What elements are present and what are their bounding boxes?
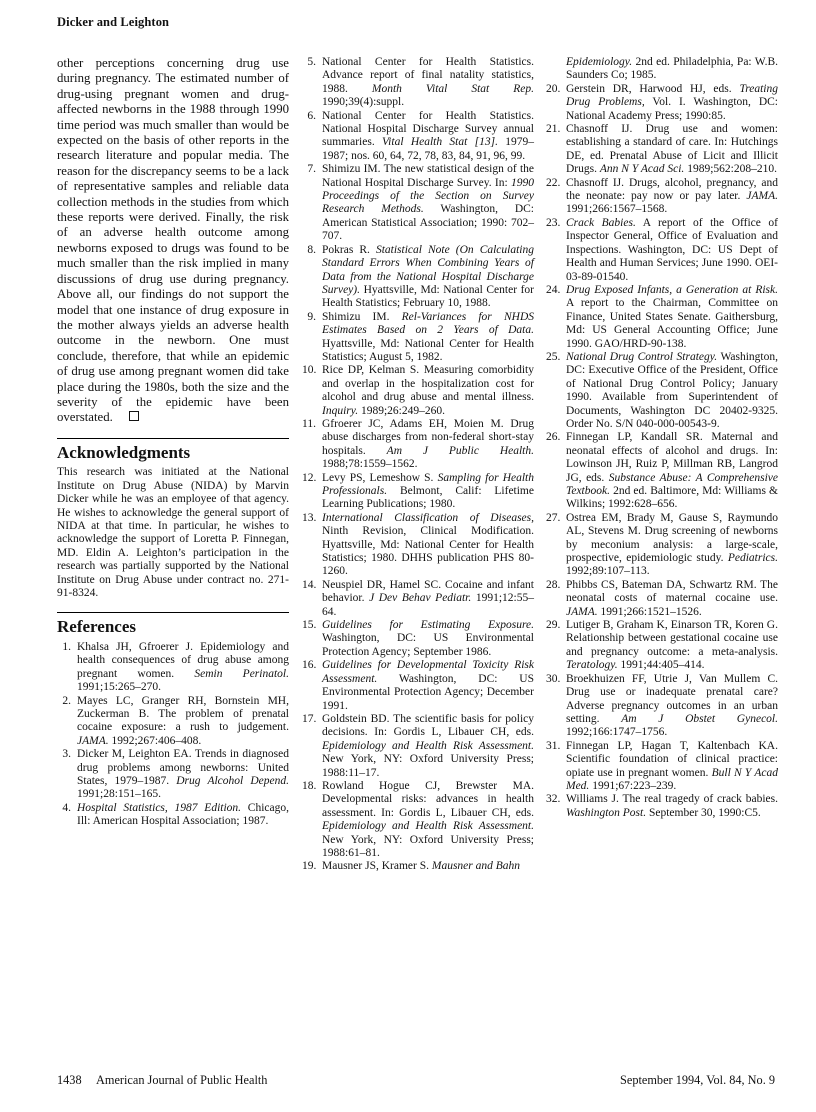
reference-text-segment: 1991;266:1521–1526.: [598, 606, 702, 618]
reference-title-italic: Drug Alcohol Depend.: [176, 775, 289, 787]
reference-number: 30.: [546, 673, 560, 686]
reference-text-segment: 1989;562:208–210.: [684, 163, 777, 175]
reference-title-italic: Inquiry.: [322, 405, 358, 417]
reference-number: 7.: [302, 163, 316, 176]
reference-item-26: 26.Finnegan LP, Kandall SR. Maternal and…: [546, 431, 778, 511]
reference-text-segment: 1991;67:223–239.: [589, 780, 676, 792]
reference-text: Shimizu IM. Rel-Variances for NHDS Estim…: [322, 311, 534, 363]
reference-number: 17.: [302, 713, 316, 726]
reference-title-italic: Drug Exposed Infants, a Generation at Ri…: [566, 284, 778, 296]
body-paragraph-text: other perceptions concerning drug use du…: [57, 56, 289, 424]
reference-item-4: 4.Hospital Statistics, 1987 Edition. Chi…: [57, 802, 289, 829]
reference-item-21: 21.Chasnoff IJ. Drug use and women: esta…: [546, 123, 778, 177]
reference-text: Guidelines for Estimating Exposure. Wash…: [322, 619, 534, 658]
reference-text: International Classification of Diseases…: [322, 512, 534, 578]
reference-text-segment: September 30, 1990:C5.: [646, 807, 761, 819]
reference-number: 9.: [302, 311, 316, 324]
reference-item-3: 3.Dicker M, Leighton EA. Trends in diagn…: [57, 748, 289, 802]
reference-text: Mayes LC, Granger RH, Bornstein MH, Zuck…: [77, 695, 289, 747]
reference-text-segment: Hyattsville, Md: National Center for Hea…: [322, 338, 534, 363]
reference-number: 10.: [302, 364, 316, 377]
reference-text-segment: Rowland Hogue CJ, Brewster MA. Developme…: [322, 780, 534, 819]
reference-number: 15.: [302, 619, 316, 632]
reference-number: 19.: [302, 860, 316, 873]
reference-number: 23.: [546, 217, 560, 230]
reference-text-segment: Shimizu IM.: [322, 311, 402, 323]
reference-text-segment: Gerstein DR, Harwood HJ, eds.: [566, 83, 739, 95]
reference-title-italic: Mausner and Bahn: [432, 860, 520, 872]
reference-19-continuation: Epidemiology. 2nd ed. Philadelphia, Pa: …: [546, 56, 778, 83]
reference-title-italic: JAMA.: [77, 735, 109, 747]
reference-number: 32.: [546, 793, 560, 806]
reference-number: 22.: [546, 177, 560, 190]
reference-item-30: 30.Broekhuizen FF, Utrie J, Van Mullem C…: [546, 673, 778, 740]
reference-item-16: 16.Guidelines for Developmental Toxicity…: [302, 659, 534, 713]
reference-item-27: 27.Ostrea EM, Brady M, Gause S, Raymundo…: [546, 512, 778, 579]
reference-title-italic: Guidelines for Estimating Exposure.: [322, 619, 534, 631]
reference-list-middle: 5.National Center for Health Statistics.…: [302, 56, 534, 874]
reference-text: Goldstein BD. The scientific basis for p…: [322, 713, 534, 779]
reference-item-5: 5.National Center for Health Statistics.…: [302, 56, 534, 110]
reference-title-italic: Crack Babies.: [566, 217, 636, 229]
reference-item-15: 15.Guidelines for Estimating Exposure. W…: [302, 619, 534, 659]
reference-text-segment: 1991;15:265–270.: [77, 681, 161, 693]
reference-text: Shimizu IM. The new statistical design o…: [322, 163, 534, 242]
reference-item-10: 10.Rice DP, Kelman S. Measuring comorbid…: [302, 364, 534, 418]
reference-number: 5.: [302, 56, 316, 69]
reference-text-segment: Shimizu IM. The new statistical design o…: [322, 163, 534, 188]
reference-number: 4.: [57, 802, 71, 815]
reference-item-8: 8.Pokras R. Statistical Note (On Calcula…: [302, 244, 534, 311]
running-head: Dicker and Leighton: [57, 15, 169, 30]
reference-item-14: 14.Neuspiel DR, Hamel SC. Cocaine and in…: [302, 579, 534, 619]
reference-text-segment: Mayes LC, Granger RH, Bornstein MH, Zuck…: [77, 695, 289, 734]
reference-text: Finnegan LP, Hagan T, Kaltenbach KA. Sci…: [566, 740, 778, 792]
reference-item-25: 25.National Drug Control Strategy. Washi…: [546, 351, 778, 431]
reference-number: 21.: [546, 123, 560, 136]
page-number: 1438: [57, 1073, 82, 1087]
reference-text-segment: 1992;89:107–113.: [566, 565, 650, 577]
reference-title-italic: Semin Perinatol.: [194, 668, 289, 680]
reference-title-italic: JAMA.: [746, 190, 778, 202]
reference-text: Guidelines for Developmental Toxicity Ri…: [322, 659, 534, 711]
reference-title-italic: Hospital Statistics, 1987 Edition.: [77, 802, 241, 814]
page-footer: 1438 American Journal of Public Health S…: [57, 1073, 775, 1088]
reference-title-italic: International Classification of Diseases…: [322, 512, 534, 524]
reference-number: 26.: [546, 431, 560, 444]
reference-item-11: 11.Gfroerer JC, Adams EH, Moien M. Drug …: [302, 418, 534, 472]
reference-number: 2.: [57, 695, 71, 708]
reference-text-segment: 1988;78:1559–1562.: [322, 458, 418, 470]
reference-item-31: 31.Finnegan LP, Hagan T, Kaltenbach KA. …: [546, 740, 778, 794]
reference-text-segment: Lutiger B, Graham K, Einarson TR, Koren …: [566, 619, 778, 658]
acknowledgments-text: This research was initiated at the Natio…: [57, 466, 289, 600]
reference-item-13: 13.International Classification of Disea…: [302, 512, 534, 579]
reference-text-segment: A report to the Chairman, Committee on F…: [566, 297, 778, 349]
reference-number: 13.: [302, 512, 316, 525]
reference-text-segment: Rice DP, Kelman S. Measuring comorbidity…: [322, 364, 534, 403]
reference-text: Gerstein DR, Harwood HJ, eds. Treating D…: [566, 83, 778, 122]
reference-text-segment: Ninth Revision, Clinical Modification. H…: [322, 525, 534, 577]
reference-item-12: 12.Levy PS, Lemeshow S. Sampling for Hea…: [302, 472, 534, 512]
reference-title-italic: Teratology.: [566, 659, 618, 671]
column-right: Epidemiology. 2nd ed. Philadelphia, Pa: …: [546, 56, 778, 820]
reference-text: Mausner JS, Kramer S. Mausner and Bahn: [322, 860, 520, 872]
reference-text-segment: Pokras R.: [322, 244, 376, 256]
reference-item-1: 1.Khalsa JH, Gfroerer J. Epidemiology an…: [57, 641, 289, 695]
reference-title-italic: National Drug Control Strategy.: [566, 351, 717, 363]
reference-text-segment: Levy PS, Lemeshow S.: [322, 472, 438, 484]
reference-text: National Center for Health Statistics. N…: [322, 110, 534, 162]
acknowledgments-heading: Acknowledgments: [57, 443, 289, 463]
reference-text: Chasnoff IJ. Drugs, alcohol, pregnancy, …: [566, 177, 778, 216]
reference-text-segment: 1991;266:1567–1568.: [566, 203, 667, 215]
reference-title-italic: Vital Health Stat [13].: [382, 136, 498, 148]
reference-title-italic: Epidemiology and Health Risk Assessment.: [322, 820, 534, 832]
journal-page: Dicker and Leighton other perceptions co…: [0, 0, 816, 1112]
reference-text-segment: 1989;26:249–260.: [358, 405, 445, 417]
reference-list-right: 20.Gerstein DR, Harwood HJ, eds. Treatin…: [546, 83, 778, 820]
reference-number: 1.: [57, 641, 71, 654]
reference-item-18: 18.Rowland Hogue CJ, Brewster MA. Develo…: [302, 780, 534, 860]
reference-title-italic: Am J Public Health.: [387, 445, 534, 457]
reference-number: 16.: [302, 659, 316, 672]
reference-text: Khalsa JH, Gfroerer J. Epidemiology and …: [77, 641, 289, 693]
issue-info: September 1994, Vol. 84, No. 9: [620, 1073, 775, 1088]
end-of-article-marker: [129, 411, 139, 421]
reference-text: Chasnoff IJ. Drug use and women: establi…: [566, 123, 778, 175]
reference-text: Dicker M, Leighton EA. Trends in diagnos…: [77, 748, 289, 800]
reference-number: 28.: [546, 579, 560, 592]
reference-text: Pokras R. Statistical Note (On Calculati…: [322, 244, 534, 310]
reference-item-17: 17.Goldstein BD. The scientific basis fo…: [302, 713, 534, 780]
reference-item-2: 2.Mayes LC, Granger RH, Bornstein MH, Zu…: [57, 695, 289, 749]
reference-text: Broekhuizen FF, Utrie J, Van Mullem C. D…: [566, 673, 778, 739]
reference-number: 18.: [302, 780, 316, 793]
reference-title-italic: Month Vital Stat Rep.: [372, 83, 534, 95]
reference-text: Hospital Statistics, 1987 Edition. Chica…: [77, 802, 289, 827]
reference-text-segment: 1991;28:151–165.: [77, 788, 161, 800]
reference-title-italic: Washington Post.: [566, 807, 646, 819]
reference-text: Rowland Hogue CJ, Brewster MA. Developme…: [322, 780, 534, 859]
column-left: other perceptions concerning drug use du…: [57, 56, 289, 829]
section-rule-acknowledgments: [57, 438, 289, 439]
reference-item-20: 20.Gerstein DR, Harwood HJ, eds. Treatin…: [546, 83, 778, 123]
reference-number: 11.: [302, 418, 316, 431]
reference-number: 29.: [546, 619, 560, 632]
reference-text-segment: Williams J. The real tragedy of crack ba…: [566, 793, 778, 805]
reference-text: Neuspiel DR, Hamel SC. Cocaine and infan…: [322, 579, 534, 618]
reference-text-segment: Mausner JS, Kramer S.: [322, 860, 432, 872]
reference-text: Crack Babies. A report of the Office of …: [566, 217, 778, 283]
reference-text-segment: 1992;166:1747–1756.: [566, 726, 667, 738]
reference-title-italic: JAMA.: [566, 606, 598, 618]
reference-text: Phibbs CS, Bateman DA, Schwartz RM. The …: [566, 579, 778, 618]
reference-number: 8.: [302, 244, 316, 257]
reference-text: Drug Exposed Infants, a Generation at Ri…: [566, 284, 778, 350]
reference-item-6: 6.National Center for Health Statistics.…: [302, 110, 534, 164]
reference-text: Ostrea EM, Brady M, Gause S, Raymundo AL…: [566, 512, 778, 578]
reference-number: 14.: [302, 579, 316, 592]
reference-number: 25.: [546, 351, 560, 364]
reference-text: Finnegan LP, Kandall SR. Maternal and ne…: [566, 431, 778, 510]
section-rule-references: [57, 612, 289, 613]
reference-item-32: 32.Williams J. The real tragedy of crack…: [546, 793, 778, 820]
reference-item-23: 23.Crack Babies. A report of the Office …: [546, 217, 778, 284]
reference-item-7: 7.Shimizu IM. The new statistical design…: [302, 163, 534, 243]
reference-title-italic: Ann N Y Acad Sci.: [600, 163, 684, 175]
reference-number: 31.: [546, 740, 560, 753]
reference-text-segment: 1990;39(4):suppl.: [322, 96, 404, 108]
reference-number: 27.: [546, 512, 560, 525]
reference-text-segment: New York, NY: Oxford University Press; 1…: [322, 753, 534, 778]
reference-title-italic: J Dev Behav Pediatr.: [369, 592, 471, 604]
reference-text-segment: Goldstein BD. The scientific basis for p…: [322, 713, 534, 738]
reference-number: 12.: [302, 472, 316, 485]
reference-text-segment: 1991;44:405–414.: [618, 659, 705, 671]
reference-title-italic: Epidemiology.: [566, 56, 632, 68]
reference-text: National Center for Health Statistics. A…: [322, 56, 534, 108]
reference-text-segment: Washington, DC: US Environmental Protect…: [322, 632, 534, 657]
reference-number: 20.: [546, 83, 560, 96]
journal-name: American Journal of Public Health: [96, 1073, 267, 1087]
references-heading: References: [57, 617, 289, 637]
reference-number: 24.: [546, 284, 560, 297]
reference-item-19: 19.Mausner JS, Kramer S. Mausner and Bah…: [302, 860, 534, 873]
reference-text-segment: 1992;267:406–408.: [109, 735, 202, 747]
reference-text: Gfroerer JC, Adams EH, Moien M. Drug abu…: [322, 418, 534, 470]
reference-text: Lutiger B, Graham K, Einarson TR, Koren …: [566, 619, 778, 671]
reference-list-left: 1.Khalsa JH, Gfroerer J. Epidemiology an…: [57, 641, 289, 829]
reference-title-italic: Epidemiology and Health Risk Assessment.: [322, 740, 534, 752]
reference-text: National Drug Control Strategy. Washingt…: [566, 351, 778, 430]
reference-number: 6.: [302, 110, 316, 123]
reference-text-segment: New York, NY: Oxford University Press; 1…: [322, 834, 534, 859]
reference-title-italic: Am J Obstet Gynecol.: [621, 713, 778, 725]
reference-text: Rice DP, Kelman S. Measuring comorbidity…: [322, 364, 534, 416]
reference-text: Levy PS, Lemeshow S. Sampling for Health…: [322, 472, 534, 511]
reference-title-italic: Pediatrics.: [728, 552, 778, 564]
reference-item-22: 22.Chasnoff IJ. Drugs, alcohol, pregnanc…: [546, 177, 778, 217]
reference-item-9: 9.Shimizu IM. Rel-Variances for NHDS Est…: [302, 311, 534, 365]
reference-item-29: 29.Lutiger B, Graham K, Einarson TR, Kor…: [546, 619, 778, 673]
body-paragraph: other perceptions concerning drug use du…: [57, 56, 289, 426]
reference-item-28: 28.Phibbs CS, Bateman DA, Schwartz RM. T…: [546, 579, 778, 619]
footer-left: 1438 American Journal of Public Health: [57, 1073, 267, 1088]
reference-number: 3.: [57, 748, 71, 761]
reference-item-24: 24.Drug Exposed Infants, a Generation at…: [546, 284, 778, 351]
reference-text-segment: Phibbs CS, Bateman DA, Schwartz RM. The …: [566, 579, 778, 604]
reference-text: Williams J. The real tragedy of crack ba…: [566, 793, 778, 818]
column-middle: 5.National Center for Health Statistics.…: [302, 56, 534, 874]
